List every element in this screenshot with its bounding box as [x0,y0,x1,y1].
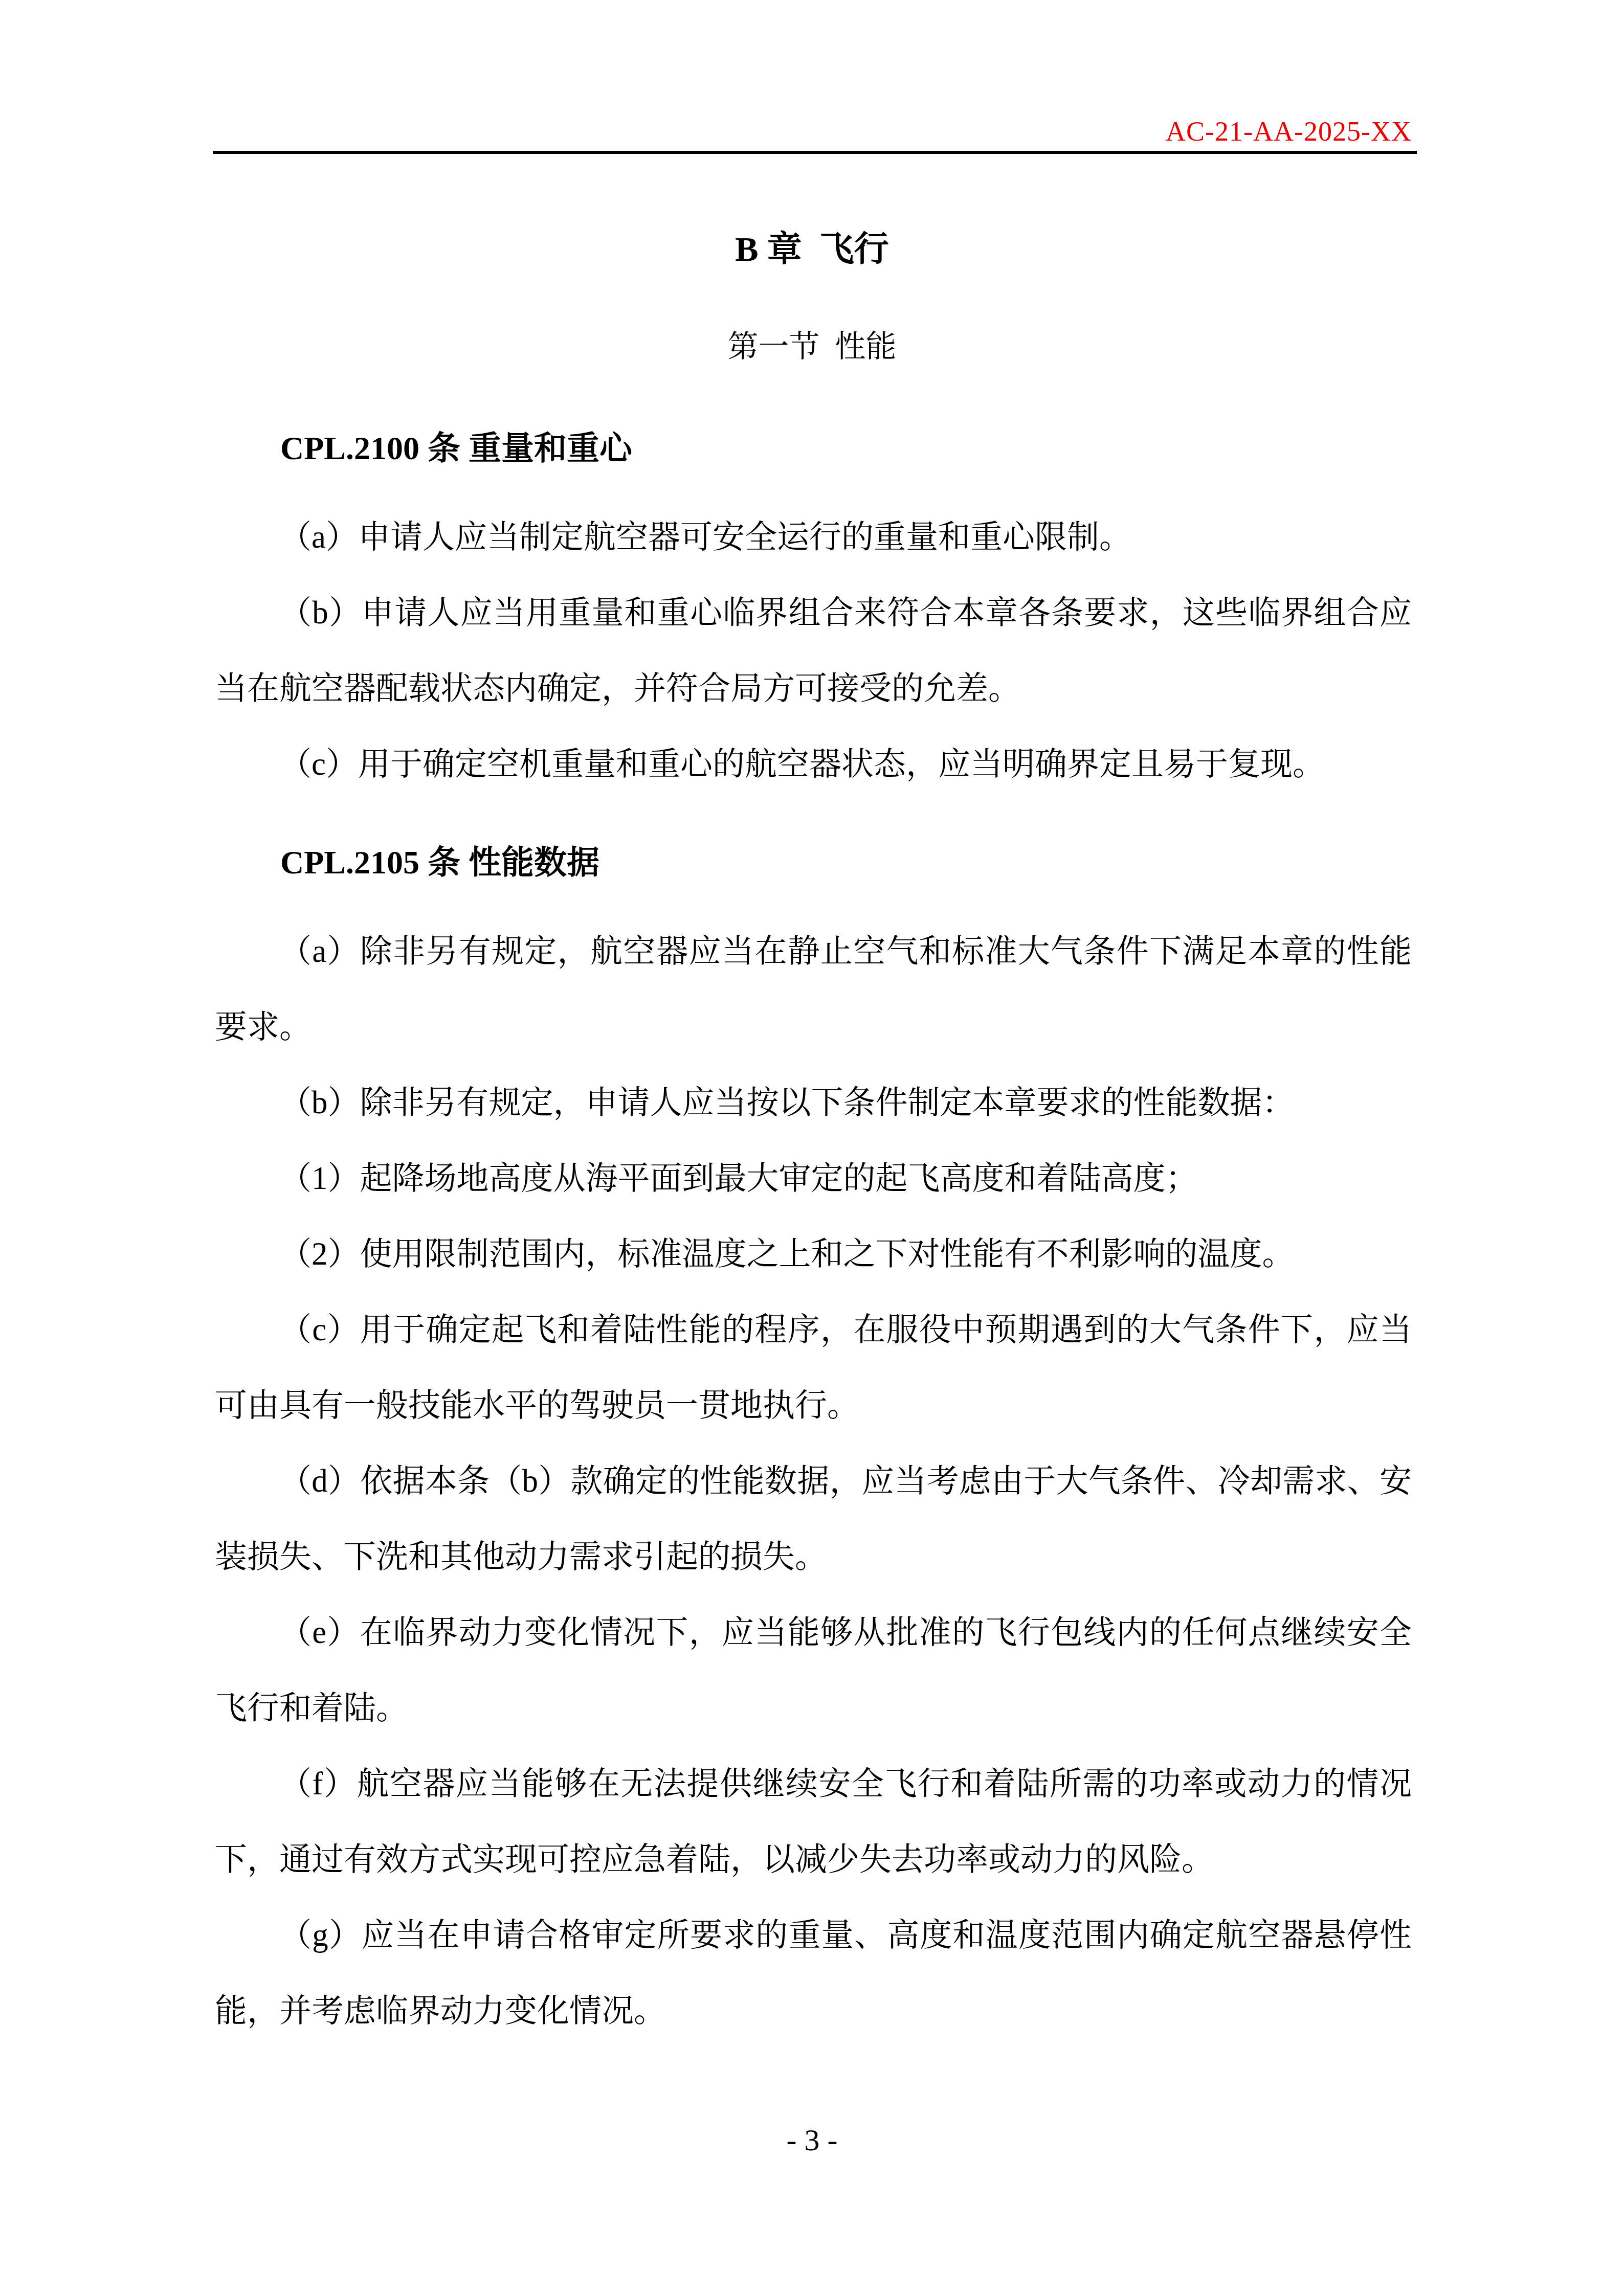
paragraph-continuation-line: 飞行和着陆。 [215,1670,1412,1746]
header-rule [213,151,1417,154]
paragraph-first-line: （a）申请人应当制定航空器可安全运行的重量和重心限制。 [215,499,1412,575]
paragraph-first-line: （g）应当在申请合格审定所要求的重量、高度和温度范围内确定航空器悬停性 [215,1897,1412,1973]
article-heading: CPL.2105 条 性能数据 [215,825,1412,901]
article-heading: CPL.2100 条 重量和重心 [215,411,1412,486]
paragraph-first-line: （2）使用限制范围内，标准温度之上和之下对性能有不利影响的温度。 [215,1216,1412,1292]
paragraph-continuation-line: 可由具有一般技能水平的驾驶员一贯地执行。 [215,1367,1412,1443]
paragraph-continuation-line: 装损失、下洗和其他动力需求引起的损失。 [215,1519,1412,1594]
paragraph-first-line: （c）用于确定空机重量和重心的航空器状态，应当明确界定且易于复现。 [215,726,1412,802]
paragraph-first-line: （c）用于确定起飞和着陆性能的程序，在服役中预期遇到的大气条件下，应当 [215,1292,1412,1367]
paragraph-first-line: （b）申请人应当用重量和重心临界组合来符合本章各条要求，这些临界组合应 [215,575,1412,650]
paragraph-first-line: （f）航空器应当能够在无法提供继续安全飞行和着陆所需的功率或动力的情况 [215,1746,1412,1821]
paragraph-continuation-line: 能，并考虑临界动力变化情况。 [215,1973,1412,2049]
section-title: 第一节 性能 [0,330,1624,364]
page-number: - 3 - [0,2125,1624,2155]
paragraph-continuation-line: 当在航空器配载状态内确定，并符合局方可接受的允差。 [215,650,1412,726]
paragraph-continuation-line: 下，通过有效方式实现可控应急着陆，以减少失去功率或动力的风险。 [215,1821,1412,1897]
paragraph-continuation-line: 要求。 [215,989,1412,1065]
chapter-title: B 章 飞行 [0,230,1624,268]
paragraph-first-line: （d）依据本条（b）款确定的性能数据，应当考虑由于大气条件、冷却需求、安 [215,1443,1412,1519]
document-number: AC-21-AA-2025-XX [215,118,1412,145]
document-body: CPL.2100 条 重量和重心（a）申请人应当制定航空器可安全运行的重量和重心… [215,411,1412,2049]
paragraph-first-line: （1）起降场地高度从海平面到最大审定的起飞高度和着陆高度； [215,1140,1412,1216]
document-page: AC-21-AA-2025-XX B 章 飞行 第一节 性能 CPL.2100 … [0,0,1624,2296]
paragraph-first-line: （a）除非另有规定，航空器应当在静止空气和标准大气条件下满足本章的性能 [215,913,1412,989]
paragraph-first-line: （e）在临界动力变化情况下，应当能够从批准的飞行包线内的任何点继续安全 [215,1594,1412,1670]
paragraph-first-line: （b）除非另有规定，申请人应当按以下条件制定本章要求的性能数据： [215,1065,1412,1140]
